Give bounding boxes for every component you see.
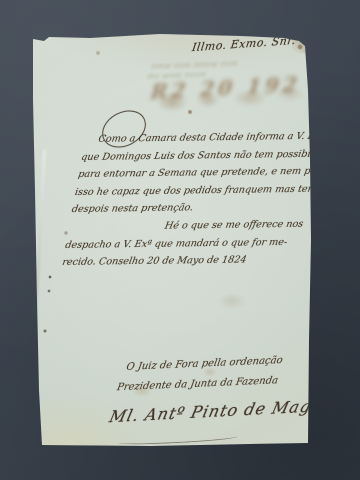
letter-closing: O Juiz de Fora pella ordenação Prezident… xyxy=(115,351,284,398)
ink-offset-smudge: R2 20 192 xyxy=(148,72,301,122)
body-line: despacho a V. Exª que mandará o que for … xyxy=(64,233,294,254)
letter-body: Como a Camara desta Cidade informa a V. … xyxy=(61,128,313,272)
body-line: isso he capaz que dos pedidos franquem m… xyxy=(73,181,303,202)
salutation-line: Illmo. Exmo. Snr. xyxy=(191,34,297,54)
signature-flourish xyxy=(118,433,238,446)
photo-canvas: { "scene": { "type": "photograph of a ha… xyxy=(0,0,360,480)
paper-crease xyxy=(31,150,46,382)
manuscript-paper: Illmo. Exmo. Snr. nmw vnm mnvw nvm mv wn… xyxy=(0,0,360,480)
signature: Ml. Antº Pinto de Mags xyxy=(108,396,323,426)
ghost-writing-line: nmw vnm mnvw nvm xyxy=(151,59,239,71)
body-line-dateline: recido. Conselho 20 de Mayo de 1824 xyxy=(61,251,291,272)
